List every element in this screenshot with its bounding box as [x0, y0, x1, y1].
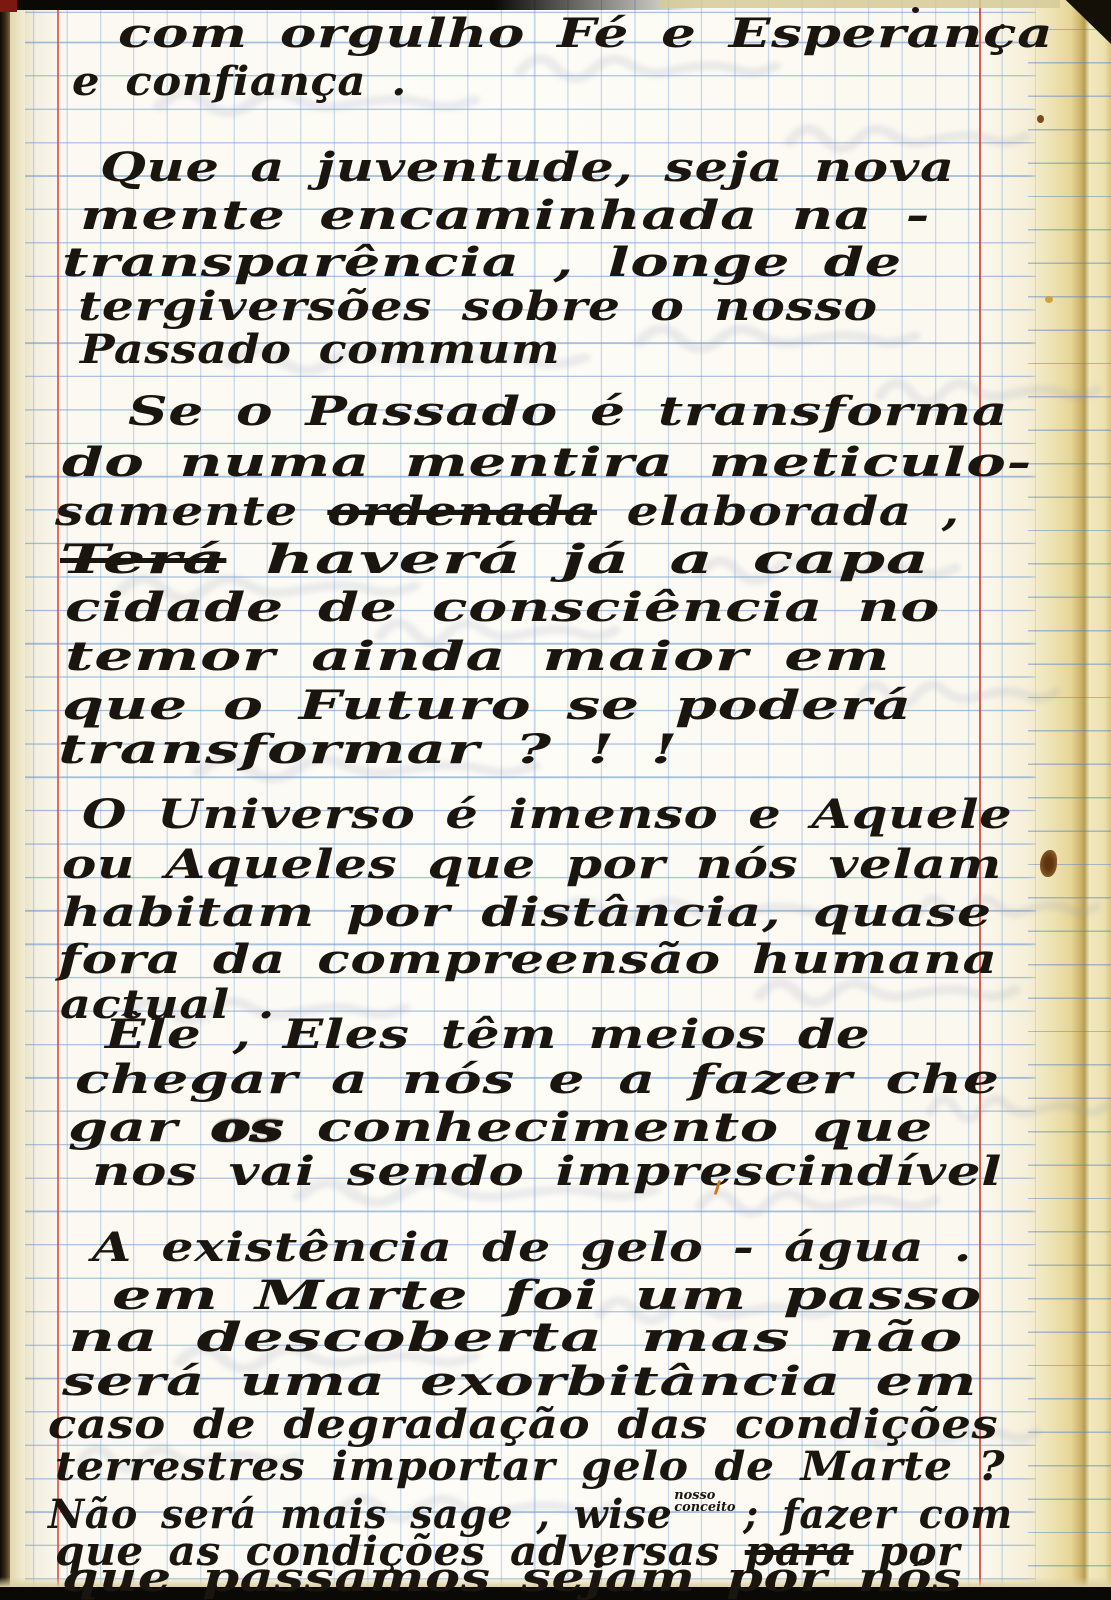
handwritten-text: em Marte foi um passo	[112, 1272, 982, 1319]
handwritten-line: Terá haverá já a capa	[60, 540, 930, 580]
scanned-notebook-page: { "notebook": { "paper_color": "#fbf9f1"…	[0, 0, 1111, 1600]
handwritten-text: A existência de gelo - água .	[92, 1224, 972, 1271]
struck-word: Terá	[60, 536, 226, 583]
handwritten-text: Passado commum	[80, 326, 560, 373]
ink-speck	[1045, 296, 1053, 303]
ink-speck	[1000, 24, 1005, 29]
handwritten-text: mente encaminhada na -	[80, 192, 930, 239]
handwritten-line: do numa mentira meticulo-	[62, 443, 1032, 483]
handwritten-line: caso de degradação das condições	[48, 1405, 998, 1445]
handwritten-line: samente ordenada elaborada ,	[55, 492, 960, 532]
handwritten-text: com orgulho Fé e Esperança	[118, 10, 1053, 57]
handwritten-line: Se o Passado é transforma	[128, 392, 1008, 432]
handwritten-text: que passamos sejam por nós	[62, 1554, 962, 1600]
handwritten-line: nos vai sendo imprescindível	[92, 1152, 1002, 1192]
handwritten-text: cidade de consciência no	[65, 584, 940, 631]
handwritten-text: Se o Passado é transforma	[128, 388, 1008, 435]
ink-speck	[1037, 115, 1044, 123]
handwritten-line: Êle , Eles têm meios de	[105, 1015, 870, 1055]
handwritten-text: os	[211, 1104, 283, 1151]
handwritten-line: em Marte foi um passo	[112, 1276, 982, 1316]
handwritten-line: será uma exorbitância em	[62, 1362, 977, 1402]
handwritten-line: que passamos sejam por nós	[62, 1558, 962, 1598]
handwriting-layer: com orgulho Fé e Esperançae confiança .Q…	[0, 0, 1111, 1600]
handwritten-text: O Universo é imenso e Aquele	[82, 791, 1012, 838]
handwritten-text: conhecimento que	[283, 1104, 933, 1151]
handwritten-text: transparência , longe de	[62, 239, 902, 286]
handwritten-line: tergiversões sobre o nosso	[78, 287, 878, 327]
handwritten-line: cidade de consciência no	[65, 588, 940, 628]
handwritten-line: temor ainda maior em	[65, 637, 890, 677]
handwritten-line: gar os conhecimento que	[68, 1108, 933, 1148]
handwritten-text: gar	[68, 1104, 211, 1151]
handwritten-text: ou Aqueles que por nós velam	[62, 841, 1002, 888]
handwritten-line: transformar ? ! !	[58, 730, 678, 770]
handwritten-text: temor ainda maior em	[65, 633, 890, 680]
handwritten-text: chegar a nós e a fazer che	[75, 1056, 1000, 1103]
handwritten-line: que o Futuro se poderá	[62, 686, 912, 726]
handwritten-text: caso de degradação das condições	[48, 1401, 998, 1448]
handwritten-text: habitam por distância, quase	[62, 889, 992, 936]
handwritten-text: elaborada ,	[597, 488, 960, 535]
handwritten-text: será uma exorbitância em	[62, 1358, 977, 1405]
superscript-note: nosso conceito	[674, 1490, 741, 1514]
handwritten-text: fora da compreensão humana	[58, 936, 998, 983]
ink-blot	[1040, 850, 1057, 877]
struck-word: ordenada	[327, 488, 597, 535]
handwritten-text: transformar ? ! !	[58, 726, 678, 773]
handwritten-text: haverá já a capa	[226, 536, 930, 583]
handwritten-text: do numa mentira meticulo-	[62, 439, 1032, 486]
handwritten-line: transparência , longe de	[62, 243, 902, 283]
handwritten-text: tergiversões sobre o nosso	[78, 283, 878, 330]
handwritten-text: Que a juventude, seja nova	[100, 144, 955, 191]
handwritten-line: fora da compreensão humana	[58, 940, 998, 980]
handwritten-text: terrestres importar gelo de Marte ?	[55, 1443, 1005, 1490]
handwritten-line: A existência de gelo - água .	[92, 1228, 972, 1268]
handwritten-line: habitam por distância, quase	[62, 893, 992, 933]
handwritten-text: e confiança .	[72, 58, 407, 105]
handwritten-line: e confiança .	[72, 62, 407, 102]
handwritten-line: O Universo é imenso e Aquele	[82, 795, 1012, 835]
handwritten-line: terrestres importar gelo de Marte ?	[55, 1447, 1005, 1487]
handwritten-line: ou Aqueles que por nós velam	[62, 845, 1002, 885]
handwritten-line: Que a juventude, seja nova	[100, 148, 955, 188]
handwritten-text: nos vai sendo imprescindível	[92, 1148, 1002, 1195]
handwritten-text: Êle , Eles têm meios de	[105, 1011, 870, 1058]
handwritten-line: na descoberta mas não	[68, 1318, 963, 1358]
handwritten-text: samente	[55, 488, 327, 535]
ink-speck	[912, 7, 919, 13]
handwritten-line: chegar a nós e a fazer che	[75, 1060, 1000, 1100]
handwritten-line: Passado commum	[80, 330, 560, 370]
handwritten-text: que o Futuro se poderá	[62, 682, 912, 729]
handwritten-text: na descoberta mas não	[68, 1314, 963, 1361]
handwritten-line: mente encaminhada na -	[80, 196, 930, 236]
handwritten-line: com orgulho Fé e Esperança	[118, 14, 1053, 54]
